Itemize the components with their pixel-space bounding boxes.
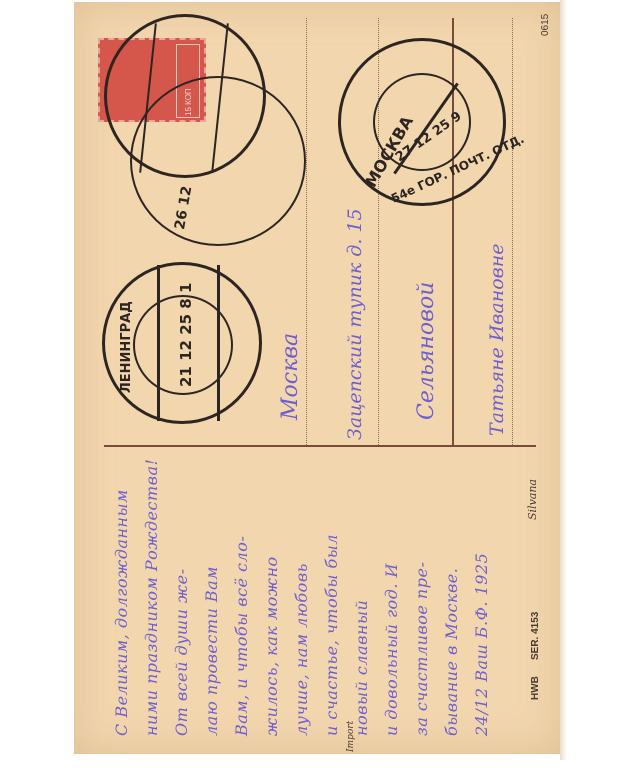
message-line: лаю провести Вам xyxy=(202,566,221,736)
series-label: SER. 4153 xyxy=(530,612,541,660)
postmark-leningrad: ЛЕНИНГРАД 21 12 25 8 1 xyxy=(102,262,262,424)
publisher-mark: HWB xyxy=(530,676,541,700)
divider-line xyxy=(104,445,536,447)
recipient-line1: Сельяновой xyxy=(414,282,439,420)
message-line: От всей души же- xyxy=(172,568,191,736)
message-line: новый славный xyxy=(352,600,371,736)
message-line: за счастливое пре- xyxy=(412,562,431,736)
message-line: ними праздником Рождества! xyxy=(142,459,161,736)
message-line: С Великим, долгожданным xyxy=(112,489,131,736)
address-line xyxy=(512,18,513,445)
message-line: и довольный год. И xyxy=(382,563,401,736)
postmark-moscow-2: 26 12 xyxy=(130,76,306,246)
card-code: 0615 xyxy=(540,14,551,36)
address-street: Зацепский тупик д. 15 xyxy=(344,208,366,440)
message-line: Вам, и чтобы всё сло- xyxy=(232,536,251,736)
message-line: и счастье, чтобы был xyxy=(322,534,341,736)
message-line: бывание в Москве. xyxy=(442,568,461,736)
recipient-line2: Татьяне Ивановне xyxy=(486,244,508,436)
artist-signature: Silvana xyxy=(526,479,539,520)
card-edge xyxy=(560,0,566,760)
message-line: жилось, как можно xyxy=(262,556,281,736)
address-line xyxy=(306,18,307,445)
message-line: лучше, нам любовь xyxy=(292,563,311,736)
message-line: 24/12 Ваш Б.Ф. 1925 xyxy=(472,553,491,736)
address-city: Москва xyxy=(278,333,303,420)
postmark-moscow: МОСКВА 27 12 25 9 54е ГОР. ПОЧТ. ОТД. xyxy=(338,38,506,206)
